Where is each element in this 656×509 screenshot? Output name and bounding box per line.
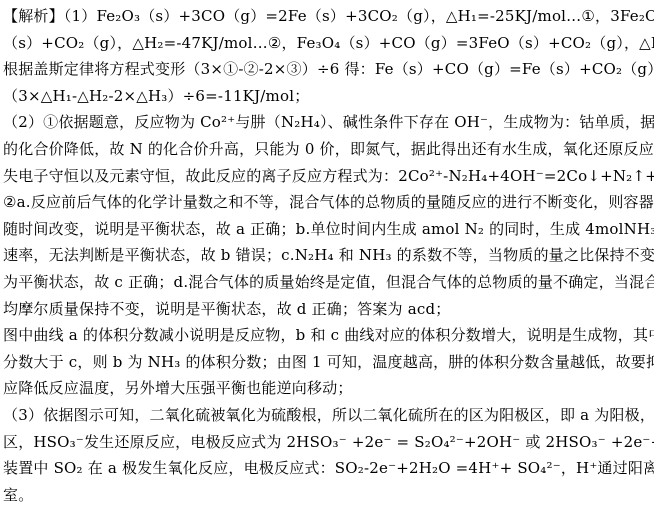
text-line: 失电子守恒以及元素守恒，故此反应的离子反应方程式为：2Co²⁺-N₂H₄+4OH…: [3, 163, 654, 190]
text-line: （s）+CO₂（g），△H₂=-47KJ/mol…②，Fe₃O₄（s）+CO（g…: [3, 30, 654, 57]
text-line: 根据盖斯定律将方程式变形（3×①-②-2×③）÷6 得：Fe（s）+CO（g）=…: [3, 56, 654, 83]
text-line: 为平衡状态，故 c 正确；d.混合气体的质量始终是定值，但混合气体的总物质的量不…: [3, 269, 654, 296]
paragraph-part-2-curve-analysis: 图中曲线 a 的体积分数减小说明是反应物，b 和 c 曲线对应的体积分数增大，说…: [3, 322, 654, 402]
text-line: 区，HSO₃⁻发生还原反应，电极反应式为 2HSO₃⁻ +2e⁻ = S₂O₄²…: [3, 429, 654, 456]
text-line: （3）依据图示可知，二氧化硫被氧化为硫酸根，所以二氧化硫所在的区为阳极区，即 a…: [3, 402, 654, 429]
paragraph-part-2-ionic-equation: （2）①依据题意，反应物为 Co²⁺与肼（N₂H₄）、碱性条件下存在 OH⁻，生…: [3, 109, 654, 189]
analysis-document: 【解析】（1）Fe₂O₃（s）+3CO（g）=2Fe（s）+3CO₂（g），△H…: [0, 0, 656, 509]
text-line: ②a.反应前后气体的化学计量数之和不等，混合气体的总物质的量随反应的进行不断变化…: [3, 189, 654, 216]
text-line: 分数大于 c，则 b 为 NH₃ 的体积分数；由图 1 可知，温度越高，肼的体积…: [3, 349, 654, 376]
text-line: （2）①依据题意，反应物为 Co²⁺与肼（N₂H₄）、碱性条件下存在 OH⁻，生…: [3, 109, 654, 136]
text-line: 速率，无法判断是平衡状态，故 b 错误；c.N₂H₄ 和 NH₃ 的系数不等，当…: [3, 242, 654, 269]
text-line: 图中曲线 a 的体积分数减小说明是反应物，b 和 c 曲线对应的体积分数增大，说…: [3, 322, 654, 349]
paragraph-part-1-hess-law: 【解析】（1）Fe₂O₃（s）+3CO（g）=2Fe（s）+3CO₂（g），△H…: [3, 3, 654, 109]
text-line: （3×△H₁-△H₂-2×△H₃）÷6=-11KJ/mol；: [3, 83, 654, 110]
text-line: 均摩尔质量保持不变，说明是平衡状态，故 d 正确；答案为 acd；: [3, 296, 654, 323]
text-line: 随时间改变，说明是平衡状态，故 a 正确；b.单位时间内生成 amol N₂ 的…: [3, 216, 654, 243]
paragraph-part-2-equilibrium-judgment: ②a.反应前后气体的化学计量数之和不等，混合气体的总物质的量随反应的进行不断变化…: [3, 189, 654, 322]
text-line: 【解析】（1）Fe₂O₃（s）+3CO（g）=2Fe（s）+3CO₂（g），△H…: [3, 3, 654, 30]
document-body: 【解析】（1）Fe₂O₃（s）+3CO（g）=2Fe（s）+3CO₂（g），△H…: [3, 3, 654, 508]
text-line: 应降低反应温度，另外增大压强平衡也能逆向移动；: [3, 375, 654, 402]
paragraph-part-3-electrode-reactions: （3）依据图示可知，二氧化硫被氧化为硫酸根，所以二氧化硫所在的区为阳极区，即 a…: [3, 402, 654, 508]
text-line: 室。: [3, 482, 654, 509]
text-line: 装置中 SO₂ 在 a 极发生氧化反应，电极反应式：SO₂-2e⁻+2H₂O =…: [3, 455, 654, 482]
text-line: 的化合价降低，故 N 的化合价升高，只能为 0 价，即氮气，据此得出还有水生成，…: [3, 136, 654, 163]
